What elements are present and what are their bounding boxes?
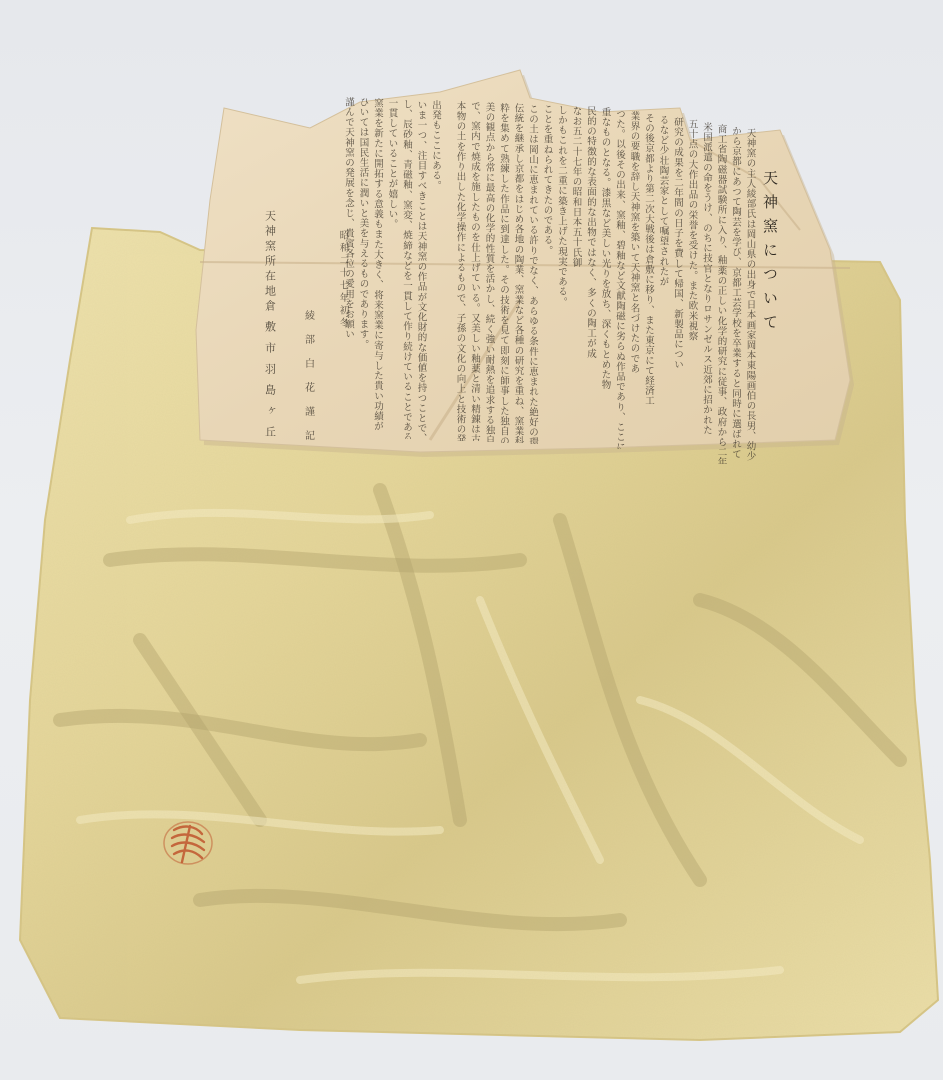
body-column: ひいては国民生活に潤いと美を与えるものであります。: [355, 97, 371, 350]
body-column: 窯業を新たに開拓する意義もまた大きく、将来窯業に寄与した貴い功績が: [370, 98, 386, 431]
body-column: その後京都より第二次大戦後は倉敷に移り、また東京にて経済工: [641, 113, 657, 406]
document-title: 天神窯について: [760, 170, 781, 338]
closing-date: 昭和二十七年初冬: [335, 230, 351, 330]
body-column: し、辰砂釉、青磁釉、窯変、焼締などを一貫して作り続けていることである。: [399, 99, 415, 439]
body-column: 粋を集めて熟練した作品に到達した。その技術を見て即刻に師事した独自の鑑定: [496, 103, 512, 443]
body-column: いま一つ、注目すべきことは天神窯の作品が文化財的な価値を持つことで、さくら紅釉、…: [413, 100, 429, 440]
body-column: で、窯内で焼成を施したものを仕上げている。又美しい釉薬と清い精錬は古代研究の前途…: [467, 101, 483, 441]
body-column: 商工省陶磁器試験所に入り、釉薬の正しい化学的研究に従事、政府から二年間: [713, 124, 729, 464]
body-column: 研究の成果を二年間の日子を費して帰国、新製品につい: [670, 117, 686, 370]
body-column: この土は岡山に恵まれている許りでなく、あらゆる条件に恵まれた絶好の環境で、古い: [525, 104, 541, 444]
body-column: から京都にあつて陶芸を学び、京都工芸学校を卒業すると同時に選ばれて: [728, 126, 744, 459]
body-column: 一貫していることが嬉しい。: [384, 98, 400, 229]
body-column: 美の観点から常に最高の化学的性質を活かし、続く強い耐熱を追求する独自の特長: [481, 102, 497, 442]
body-column: 出発もここにある。: [428, 100, 444, 191]
body-column: ことを重ねられてきたのである。: [539, 104, 555, 256]
body-column: しかもこれを二重に築き上げた現実である。: [554, 105, 570, 307]
signature: 綾部白花謹記: [300, 310, 316, 454]
body-column: 伝統を継承し京都をはじめ各地の陶業、窯業など各種の研究を重ね、窯業科学の: [510, 103, 526, 443]
body-column: 五十点の大作出品の栄誉を受けた。また欧米視察: [684, 119, 700, 341]
body-column: 民的の特徴的な表面的な出物ではなく、多くの陶工が成: [583, 106, 599, 359]
body-column: 米国派遣の命をうけ、のちに技官となりロサンゼルス近郊に招かれた: [699, 122, 715, 435]
body-column: 天神窯の主人綾部氏は岡山県の出身で日本画家岡本東陽画伯の長男、幼少: [742, 128, 758, 461]
body-column: 業界の要職を辞し天神窯を築いて天神窯と名づけたのであ: [626, 111, 642, 374]
body-column: 重なものとなる。漆黒など美しい光りを放ち、深くもとめた物: [597, 107, 613, 390]
body-column: つた。以後その出来、窯釉、碧釉など文献陶磁に劣らぬ作品であり、ここに貴: [612, 109, 628, 449]
location-address: 倉敷市羽島ヶ丘: [262, 300, 278, 447]
body-column: なお五二十七年の昭和日本五十氏御: [568, 106, 584, 268]
body-column: 本物の土を作り出した化学操作によるもので、子孫の文化の向上と技術の発揮される: [452, 101, 468, 441]
location-label: 天神窯所在地: [262, 210, 278, 300]
body-column: るなど少壮陶芸家として嘱望されたが: [655, 115, 671, 287]
